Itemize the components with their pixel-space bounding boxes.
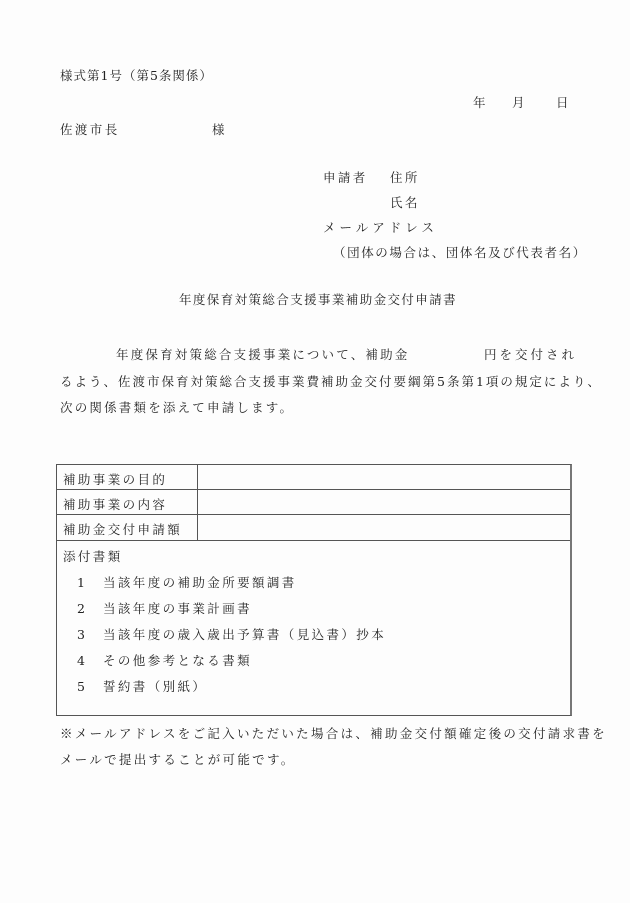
table-row-purpose: 補助事業の目的 <box>57 465 570 490</box>
attachment-item: 2当該年度の事業計画書 <box>77 599 252 617</box>
organization-note: （団体の場合は、団体名及び代表者名） <box>333 243 587 261</box>
row-label: 補助事業の目的 <box>63 470 167 488</box>
date-year-label: 年 <box>473 93 488 111</box>
addressee: 佐渡市長 <box>60 120 120 138</box>
attachment-item: 4その他参考となる書類 <box>77 651 252 669</box>
attachment-text: 当該年度の事業計画書 <box>103 601 252 616</box>
email-label: メールアドレス <box>323 218 438 236</box>
applicant-label: 申請者 <box>323 168 368 186</box>
addressee-honorific: 様 <box>212 120 227 138</box>
note-line-1: ※メールアドレスをご記入いただいた場合は、補助金交付額確定後の交付請求書を <box>60 724 607 742</box>
address-label: 住所 <box>390 168 420 186</box>
body-line-1-yen: 円を交付され <box>484 345 577 363</box>
amount-field[interactable] <box>198 515 570 540</box>
attachment-text: 当該年度の補助金所要額調書 <box>103 575 297 590</box>
attachment-number: 5 <box>77 679 103 694</box>
body-line-1: 年度保育対策総合支援事業について、補助金 <box>116 345 410 363</box>
date-day-label: 日 <box>556 93 571 111</box>
row-label: 補助事業の内容 <box>63 495 167 513</box>
document-title: 年度保育対策総合支援事業補助金交付申請書 <box>179 290 457 308</box>
attachment-number: 3 <box>77 627 103 642</box>
attachment-text: 当該年度の歳入歳出予算書（見込書）抄本 <box>103 627 386 642</box>
attachment-item: 5誓約書（別紙） <box>77 677 207 695</box>
table-row-amount: 補助金交付申請額 <box>57 515 570 541</box>
form-number: 様式第1号（第5条関係） <box>60 66 213 84</box>
attachment-text: その他参考となる書類 <box>103 653 252 668</box>
content-field[interactable] <box>198 490 570 514</box>
attachment-number: 2 <box>77 601 103 616</box>
attachments-title: 添付書類 <box>63 547 123 565</box>
attachment-number: 1 <box>77 575 103 590</box>
attachment-item: 1当該年度の補助金所要額調書 <box>77 573 297 591</box>
attachment-text: 誓約書（別紙） <box>103 679 207 694</box>
body-line-3: 次の関係書類を添えて申請します。 <box>60 398 575 416</box>
purpose-field[interactable] <box>198 465 570 489</box>
note-line-2: メールで提出することが可能です。 <box>60 750 296 768</box>
body-line-2: るよう、佐渡市保育対策総合支援事業費補助金交付要綱第5条第1項の規定により、 <box>60 372 575 390</box>
attachment-number: 4 <box>77 653 103 668</box>
row-label: 補助金交付申請額 <box>63 520 182 538</box>
date-month-label: 月 <box>512 93 527 111</box>
name-label: 氏名 <box>390 193 420 211</box>
application-table: 補助事業の目的 補助事業の内容 補助金交付申請額 添付書類 1当該年度の補助金所… <box>56 464 572 716</box>
table-row-content: 補助事業の内容 <box>57 490 570 515</box>
attachment-item: 3当該年度の歳入歳出予算書（見込書）抄本 <box>77 625 386 643</box>
